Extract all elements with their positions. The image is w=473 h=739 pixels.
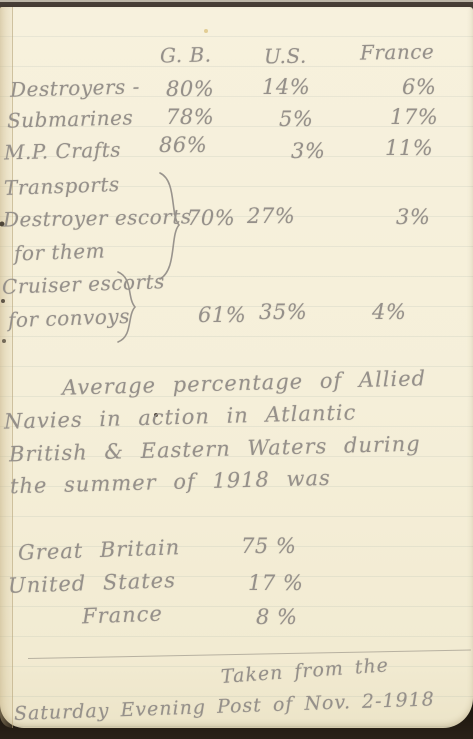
row-label-transports: Transports (4, 174, 120, 198)
note-line-4: the summer of 1918 was (10, 468, 331, 497)
value-destroyer-escorts-us: 27% (247, 206, 295, 227)
row-label-destroyer-escorts: Destroyer escorts (3, 206, 192, 229)
column-header-us: U.S. (264, 46, 307, 67)
value-mp-crafts-us: 3% (291, 141, 325, 162)
value-destroyer-escorts-gb: 70% (187, 208, 235, 229)
summary-label-great-britain: Great Britain (18, 537, 181, 564)
column-header-france: France (360, 41, 435, 62)
value-submarines-france: 17% (390, 107, 438, 128)
column-header-gb: G. B. (160, 45, 212, 66)
value-mp-crafts-gb: 86% (159, 135, 207, 156)
note-line-3: British & Eastern Waters during (9, 434, 421, 466)
value-destroyers-france: 6% (402, 77, 436, 98)
value-for-convoys-us: 35% (259, 302, 307, 323)
value-submarines-us: 5% (279, 109, 313, 130)
summary-value-france: 8 % (256, 607, 298, 628)
summary-label-united-states: United States (8, 570, 177, 597)
value-destroyers-us: 14% (262, 77, 310, 98)
row-label-cruiser-escorts: Cruiser escorts (2, 271, 165, 297)
value-submarines-gb: 78% (166, 107, 214, 128)
attribution-line-1: Taken from the (220, 656, 389, 687)
note-line-1: Average percentage of Allied (62, 368, 427, 399)
note-line-2: Navies in action in Atlantic (4, 402, 357, 432)
row-label-destroyers: Destroyers - (10, 76, 140, 99)
value-for-convoys-gb: 61% (198, 305, 246, 326)
notebook-page: G. B. U.S. France Destroyers - 80% 14% 6… (0, 7, 473, 728)
notebook-photo: G. B. U.S. France Destroyers - 80% 14% 6… (0, 0, 473, 739)
attribution-line-2: Saturday Evening Post of Nov. 2-1918 (14, 690, 435, 724)
pencil-rule-line (28, 649, 471, 659)
row-label-submarines: Submarines (7, 107, 134, 130)
row-label-for-convoys: for convoys (8, 306, 131, 330)
summary-value-united-states: 17 % (248, 573, 303, 594)
summary-label-france: France (82, 604, 164, 628)
row-label-for-them: for them (14, 240, 106, 263)
summary-value-great-britain: 75 % (241, 536, 296, 557)
value-for-convoys-france: 4% (372, 302, 406, 323)
paper-specks (0, 7, 2, 9)
value-destroyer-escorts-france: 3% (396, 207, 430, 228)
row-label-mp-crafts: M.P. Crafts (4, 139, 121, 162)
value-destroyers-gb: 80% (166, 79, 214, 100)
value-mp-crafts-france: 11% (385, 138, 433, 159)
